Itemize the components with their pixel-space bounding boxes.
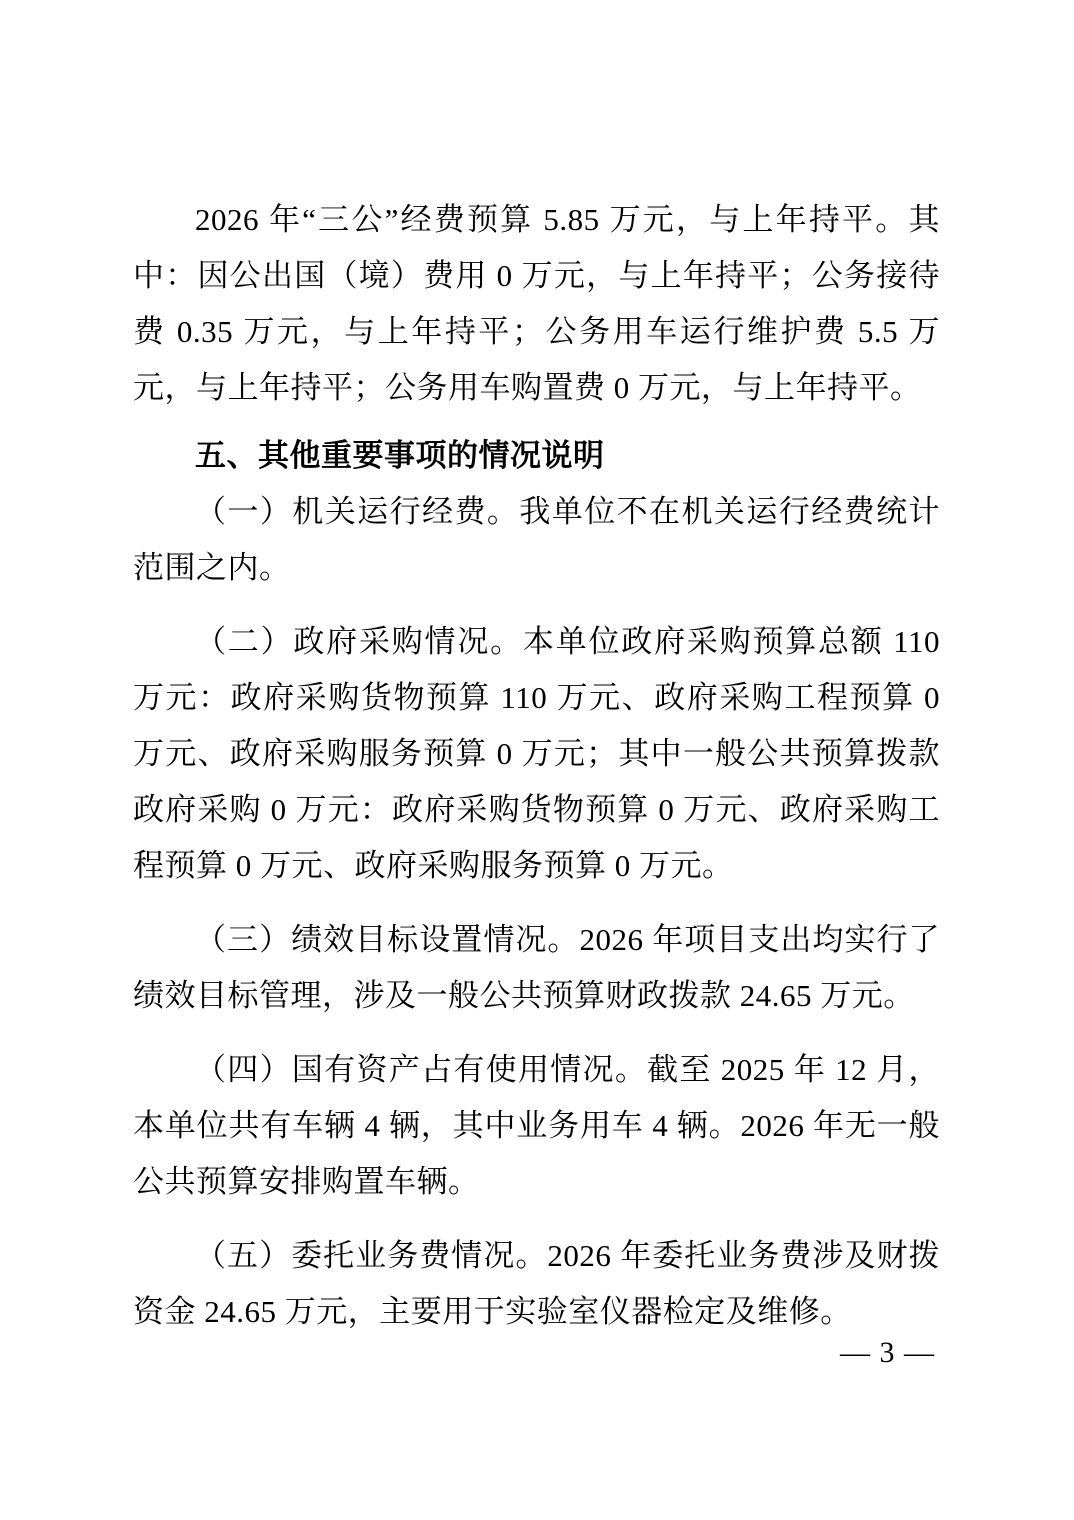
section-heading: 五、其他重要事项的情况说明 <box>133 428 940 484</box>
item-label-2: （二）政府采购情况。 <box>195 624 523 659</box>
document-body: 2026 年“三公”经费预算 5.85 万元，与上年持平。其中：因公出国（境）费… <box>133 192 940 1340</box>
item-label-3: （三）绩效目标设置情况。 <box>195 922 579 957</box>
item-label-4: （四）国有资产占有使用情况。 <box>195 1052 647 1087</box>
intro-paragraph: 2026 年“三公”经费预算 5.85 万元，与上年持平。其中：因公出国（境）费… <box>133 192 940 416</box>
item-paragraph-2: （二）政府采购情况。本单位政府采购预算总额 110 万元：政府采购货物预算 11… <box>133 614 940 894</box>
item-paragraph-5: （五）委托业务费情况。2026 年委托业务费涉及财拨资金 24.65 万元，主要… <box>133 1228 940 1340</box>
item-label-1: （一）机关运行经费。 <box>195 494 519 529</box>
item-paragraph-1: （一）机关运行经费。我单位不在机关运行经费统计范围之内。 <box>133 484 940 596</box>
item-paragraph-3: （三）绩效目标设置情况。2026 年项目支出均实行了绩效目标管理，涉及一般公共预… <box>133 912 940 1024</box>
page-number: — 3 — <box>840 1336 935 1370</box>
item-paragraph-4: （四）国有资产占有使用情况。截至 2025 年 12 月，本单位共有车辆 4 辆… <box>133 1042 940 1210</box>
document-page: 2026 年“三公”经费预算 5.85 万元，与上年持平。其中：因公出国（境）费… <box>0 0 1074 1520</box>
item-label-5: （五）委托业务费情况。 <box>195 1238 547 1273</box>
item-text-2: 本单位政府采购预算总额 110 万元：政府采购货物预算 110 万元、政府采购工… <box>133 624 940 883</box>
